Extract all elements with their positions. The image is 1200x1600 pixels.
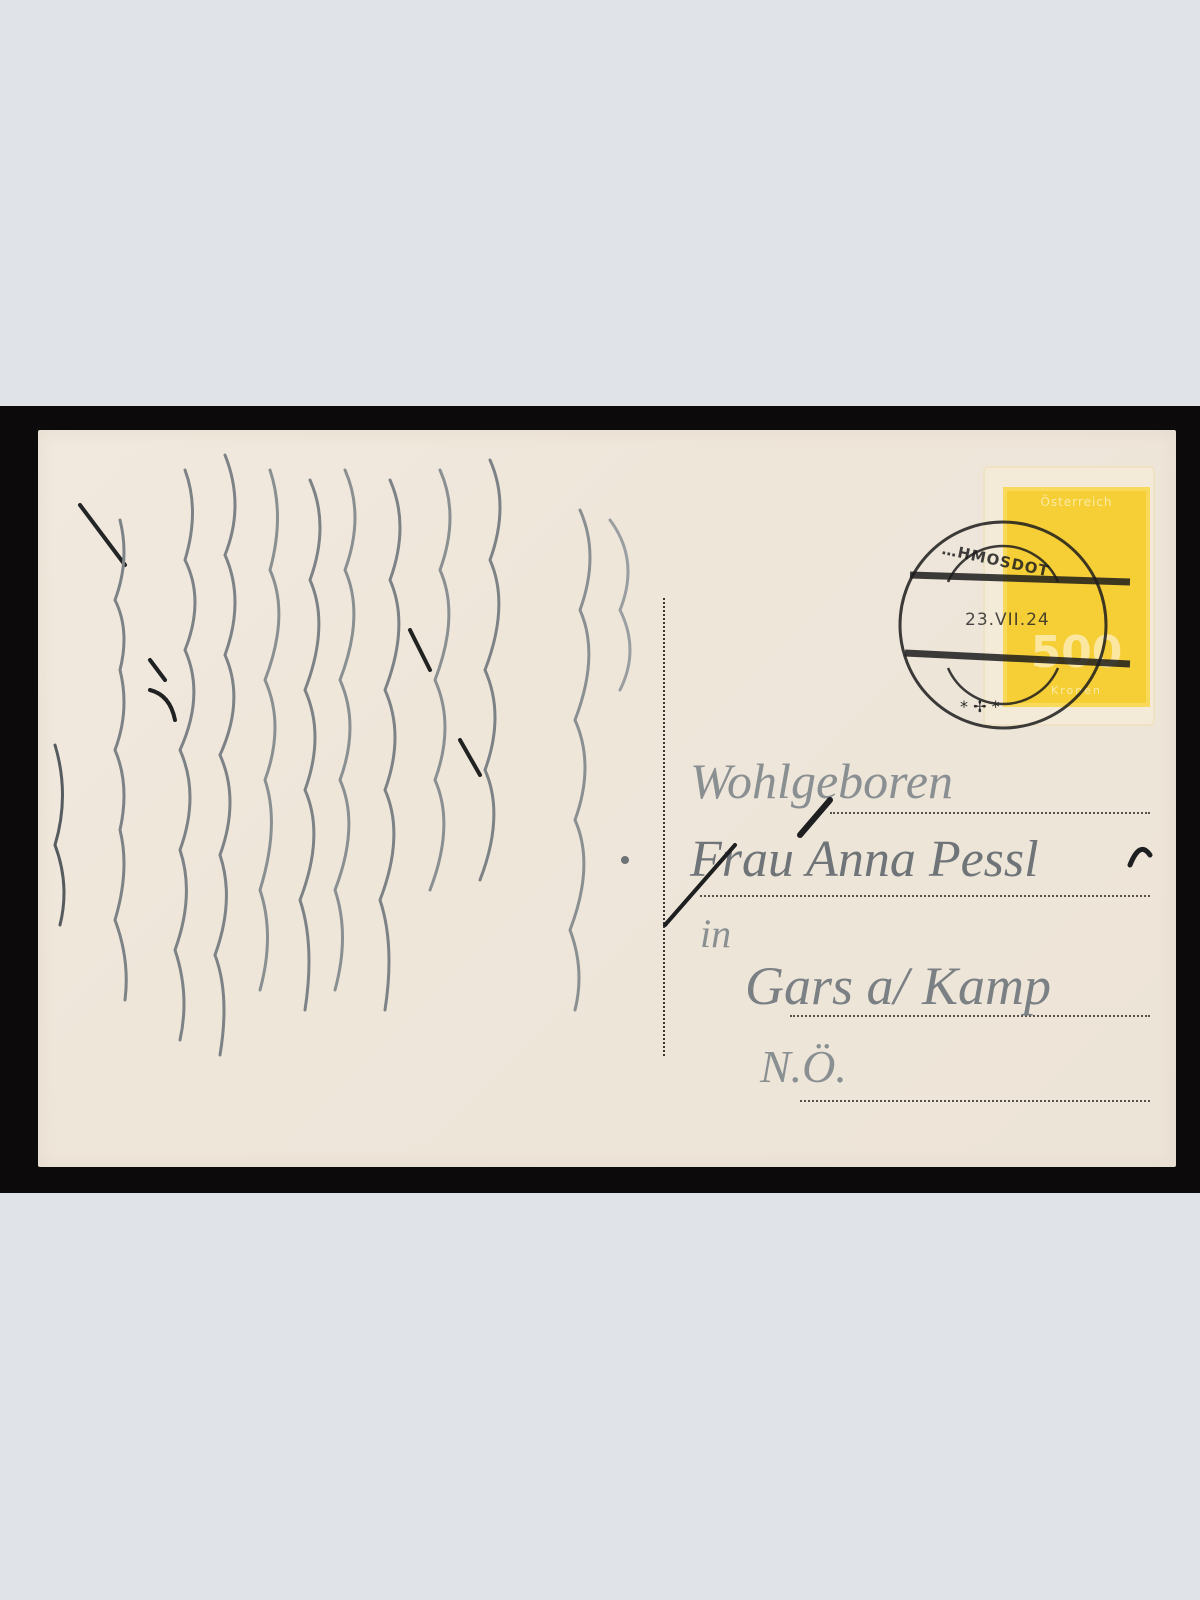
address-line-1 [830, 812, 1150, 814]
postage-stamp: Österreich 500 Kronen [1003, 487, 1150, 707]
address-line-4 [800, 1100, 1150, 1102]
address-line-2 [700, 895, 1150, 897]
postmark-date: 23.VII.24 [965, 610, 1050, 630]
stamp-currency: Kronen [1003, 684, 1150, 697]
address-recipient: Frau Anna Pessl [690, 830, 1039, 889]
divider-line [663, 598, 665, 1056]
address-salutation: Wohlgeboren [690, 752, 953, 810]
stamp-country: Österreich [1003, 495, 1150, 509]
address-town: Gars a/ Kamp [745, 955, 1051, 1017]
stamp-value: 500 [1003, 627, 1150, 678]
address-region: N.Ö. [760, 1040, 847, 1093]
address-preposition: in [700, 910, 731, 957]
